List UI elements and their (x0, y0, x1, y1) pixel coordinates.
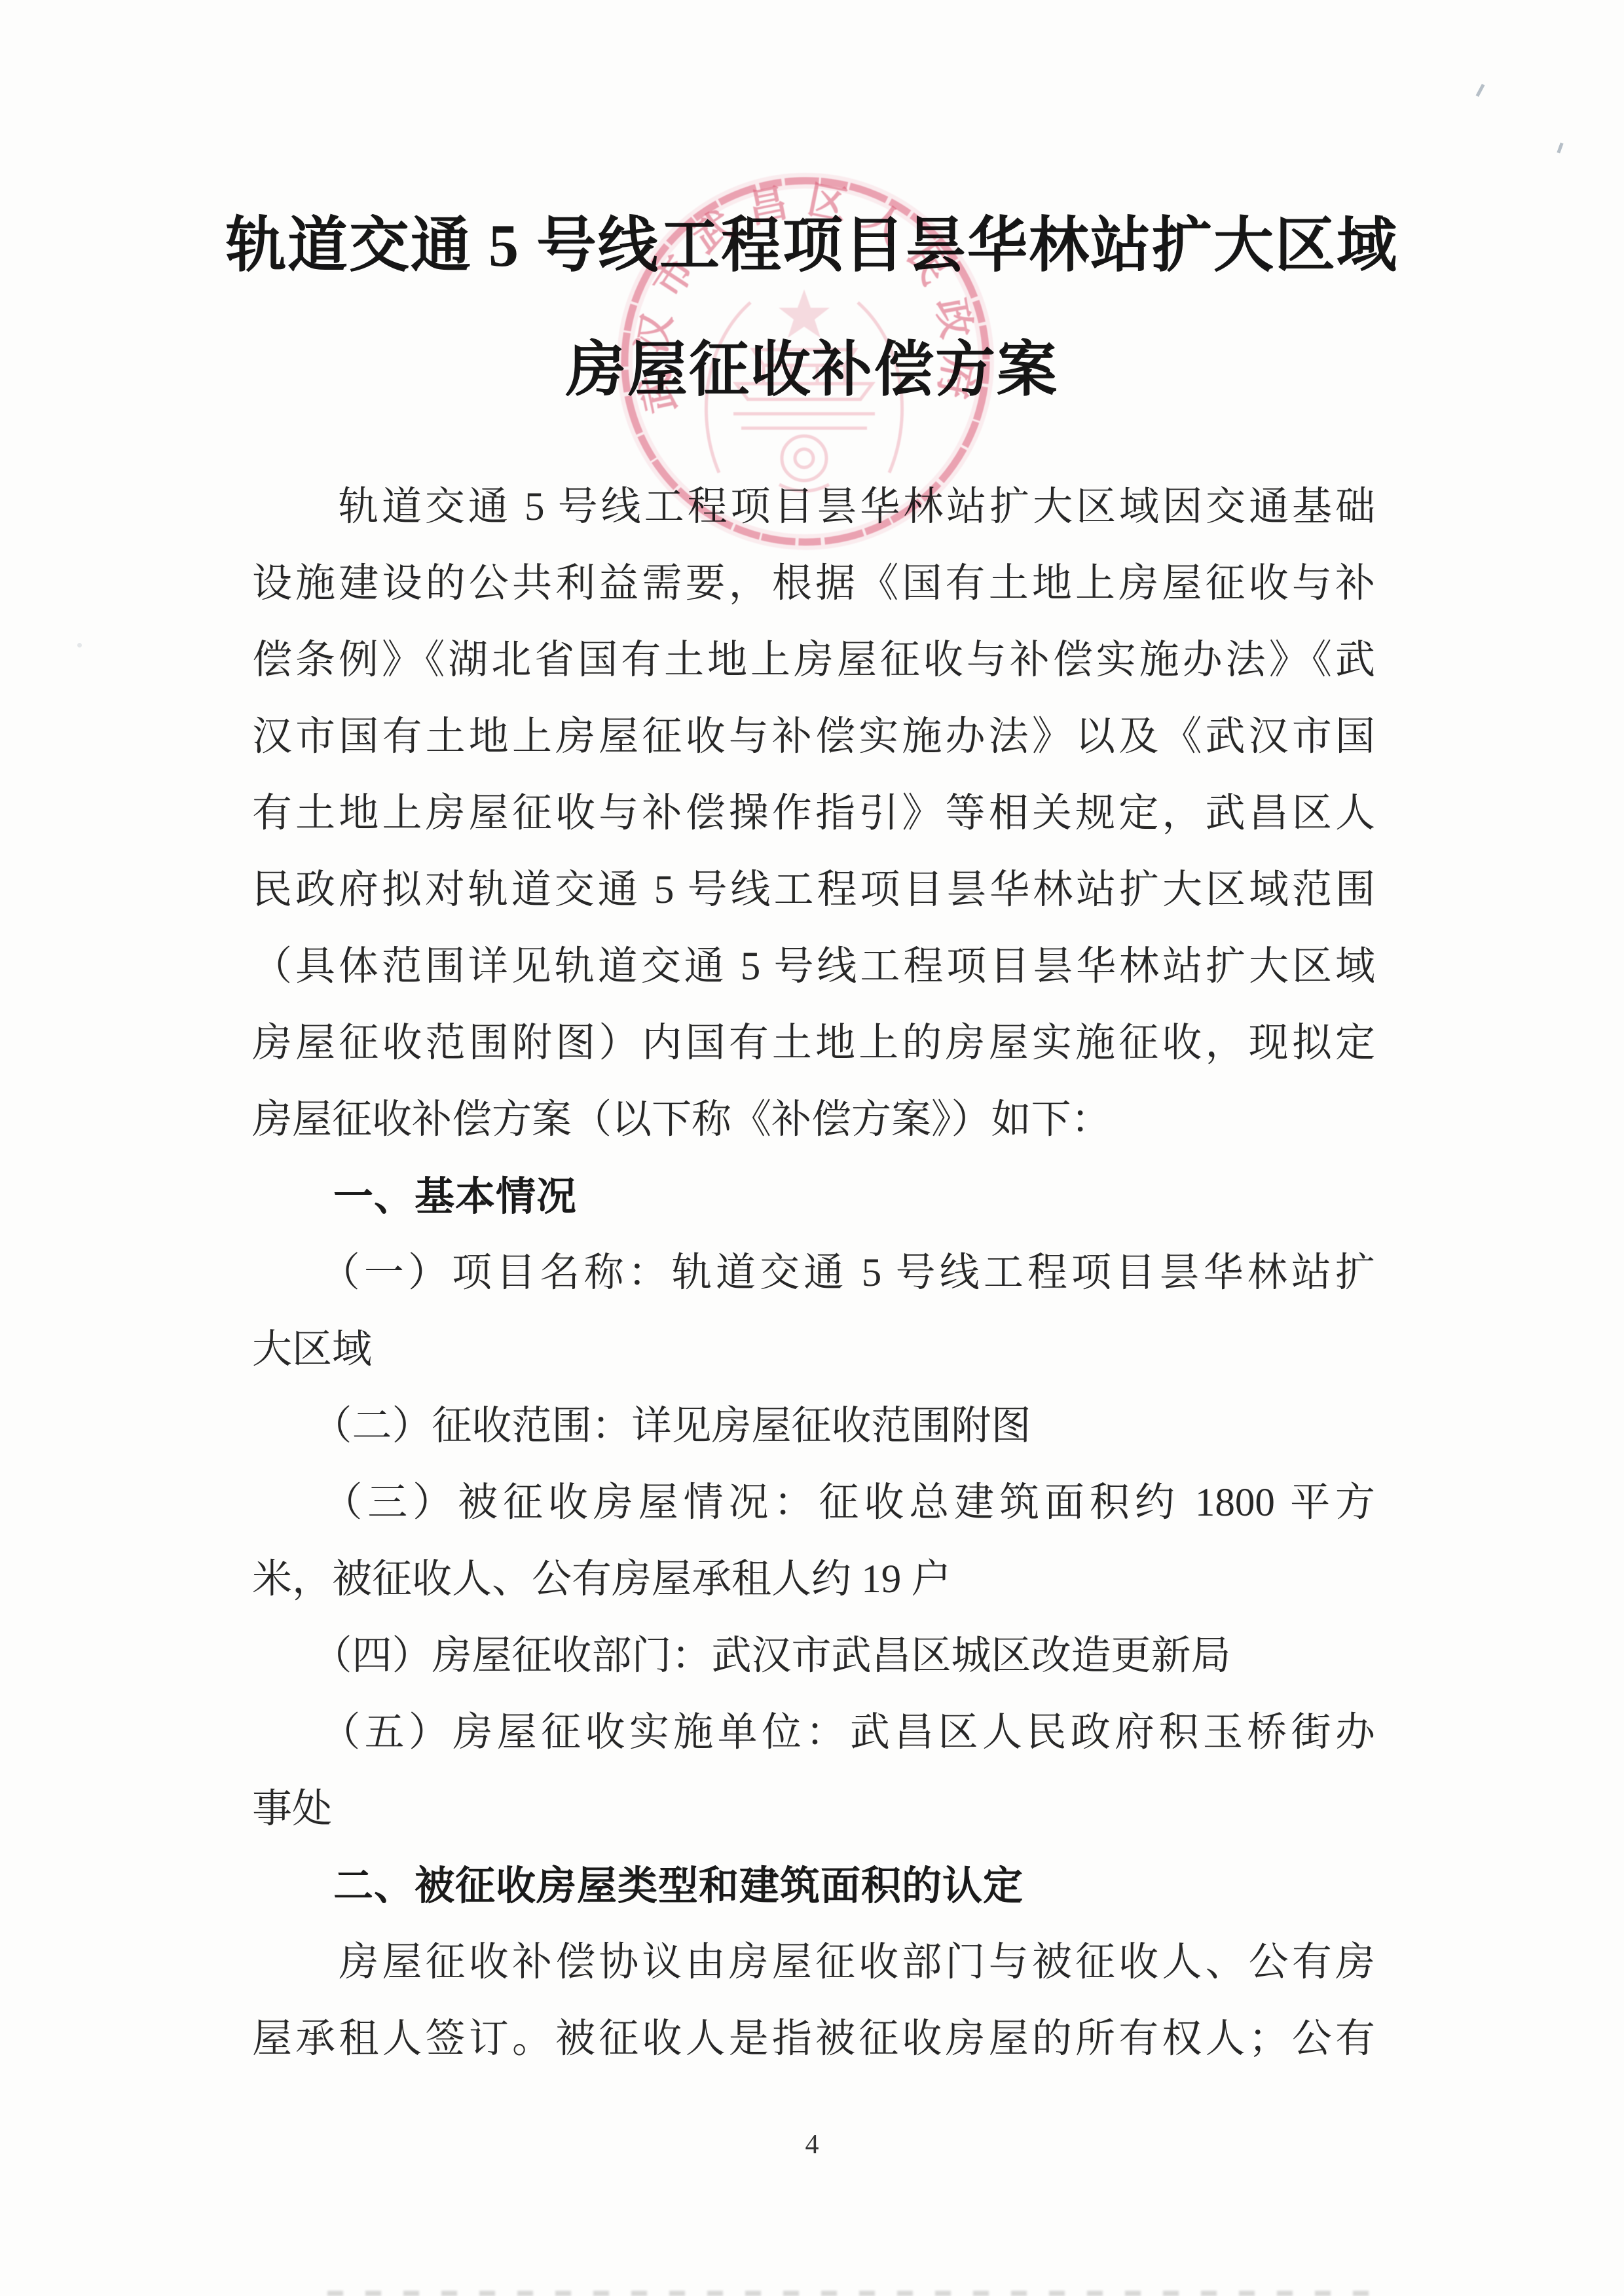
text-line: 事处 (252, 1771, 1375, 1848)
scan-artifact (1476, 84, 1485, 97)
next-line-cutoff-artifact (327, 2291, 1375, 2296)
text-line: 偿条例》《湖北省国有土地上房屋征收与补偿实施办法》《武 (252, 622, 1375, 699)
text-line: 房屋征收补偿协议由房屋征收部门与被征收人、公有房 (252, 1924, 1375, 2001)
text-line: 大区域 (252, 1311, 1375, 1388)
text-line: （具体范围详见轨道交通 5 号线工程项目昙华林站扩大区域 (252, 928, 1375, 1005)
text-line: （三）被征收房屋情况：征收总建筑面积约 1800 平方 (252, 1465, 1375, 1541)
section-heading: 二、被征收房屋类型和建筑面积的认定 (252, 1848, 1375, 1924)
text-line: 房屋征收补偿方案（以下称《补偿方案》）如下： (252, 1082, 1375, 1158)
text-line: 米，被征收人、公有房屋承租人约 19 户 (252, 1541, 1375, 1618)
page-number: 4 (0, 2129, 1624, 2160)
official-seal: 武汉市武昌区人民政府 (616, 172, 995, 551)
text-line: （二）征收范围：详见房屋征收范围附图 (252, 1388, 1375, 1465)
national-emblem-icon (706, 289, 902, 491)
text-line: （一）项目名称：轨道交通 5 号线工程项目昙华林站扩 (252, 1235, 1375, 1311)
text-line: （四）房屋征收部门：武汉市武昌区城区改造更新局 (252, 1618, 1375, 1694)
text-line: 房屋征收范围附图）内国有土地上的房屋实施征收，现拟定 (252, 1005, 1375, 1082)
text-line: （五）房屋征收实施单位：武昌区人民政府积玉桥街办 (252, 1694, 1375, 1771)
text-line: 屋承租人签订。被征收人是指被征收房屋的所有权人；公有 (252, 2001, 1375, 2077)
text-line: 汉市国有土地上房屋征收与补偿实施办法》以及《武汉市国 (252, 699, 1375, 775)
text-line: 民政府拟对轨道交通 5 号线工程项目昙华林站扩大区域范围 (252, 852, 1375, 928)
scan-artifact (77, 643, 82, 647)
scan-artifact (1557, 143, 1563, 154)
section-heading: 一、基本情况 (252, 1158, 1375, 1235)
text-line: 设施建设的公共利益需要，根据《国有土地上房屋征收与补 (252, 545, 1375, 622)
document-page: 轨道交通 5 号线工程项目昙华林站扩大区域 房屋征收补偿方案 轨道交通 5 号线… (0, 0, 1624, 2296)
official-seal-graphic: 武汉市武昌区人民政府 (616, 172, 995, 551)
text-line: 有土地上房屋征收与补偿操作指引》等相关规定，武昌区人 (252, 775, 1375, 852)
body-text: 轨道交通 5 号线工程项目昙华林站扩大区域因交通基础设施建设的公共利益需要，根据… (252, 469, 1375, 2077)
